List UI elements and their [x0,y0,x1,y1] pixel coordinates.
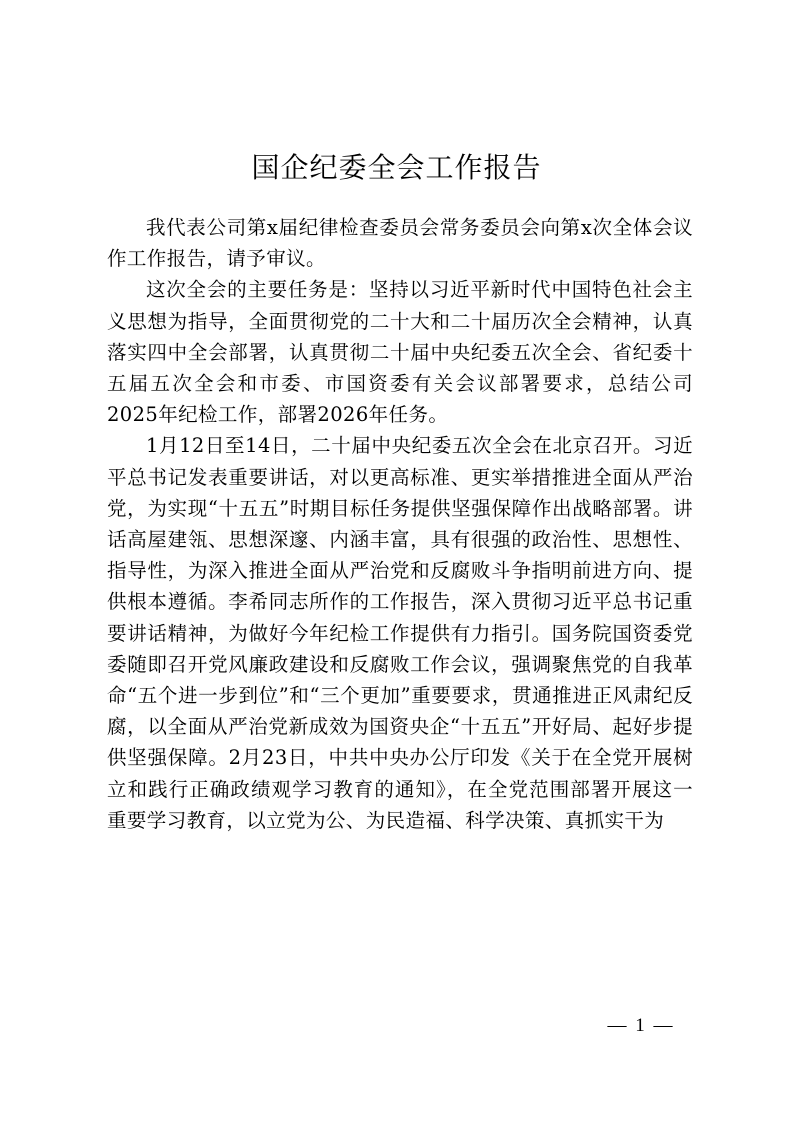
paragraph-main-tasks: 这次全会的主要任务是：坚持以习近平新时代中国特色社会主义思想为指导，全面贯彻党的… [107,274,693,430]
document-page: 国企纪委全会工作报告 我代表公司第x届纪律检查委员会常务委员会向第x次全体会议作… [0,0,793,1122]
document-title: 国企纪委全会工作报告 [0,148,793,188]
paragraph-background: 1月12日至14日，二十届中央纪委五次全会在北京召开。习近平总书记发表重要讲话，… [107,430,693,836]
page-number: — 1 — [596,1012,686,1040]
paragraph-intro: 我代表公司第x届纪律检查委员会常务委员会向第x次全体会议作工作报告，请予审议。 [107,212,693,274]
document-body: 我代表公司第x届纪律检查委员会常务委员会向第x次全体会议作工作报告，请予审议。 … [107,212,693,836]
